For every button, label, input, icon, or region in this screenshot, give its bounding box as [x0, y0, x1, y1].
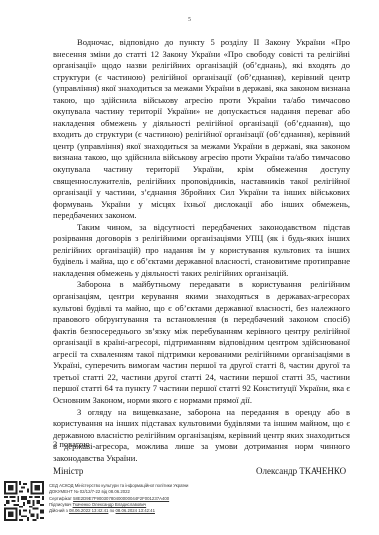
- paragraph: Таким чином, за відсутності передбачених…: [53, 222, 350, 280]
- closing-regards: З повагою: [53, 439, 90, 449]
- e-signature-stamp: СЕД АСКОД Міністерство культури та інфор…: [49, 483, 188, 514]
- qr-code-icon: [4, 481, 44, 521]
- stamp-validity: Дійсний з 08.06.2022 13:42:41 по 08.06.2…: [49, 508, 188, 514]
- paragraph: Водночас, відповідно до пункту 5 розділу…: [53, 37, 350, 222]
- letter-body: Водночас, відповідно до пункту 5 розділу…: [53, 37, 350, 464]
- page-number: 5: [0, 17, 379, 23]
- paragraph: З огляду на вищевказане, заборона на пер…: [53, 407, 350, 465]
- signer-name: Олександр ТКАЧЕНКО: [256, 466, 346, 476]
- signer-position: Міністр: [53, 466, 83, 476]
- paragraph: Заборона в майбутньому передавати в кори…: [53, 279, 350, 406]
